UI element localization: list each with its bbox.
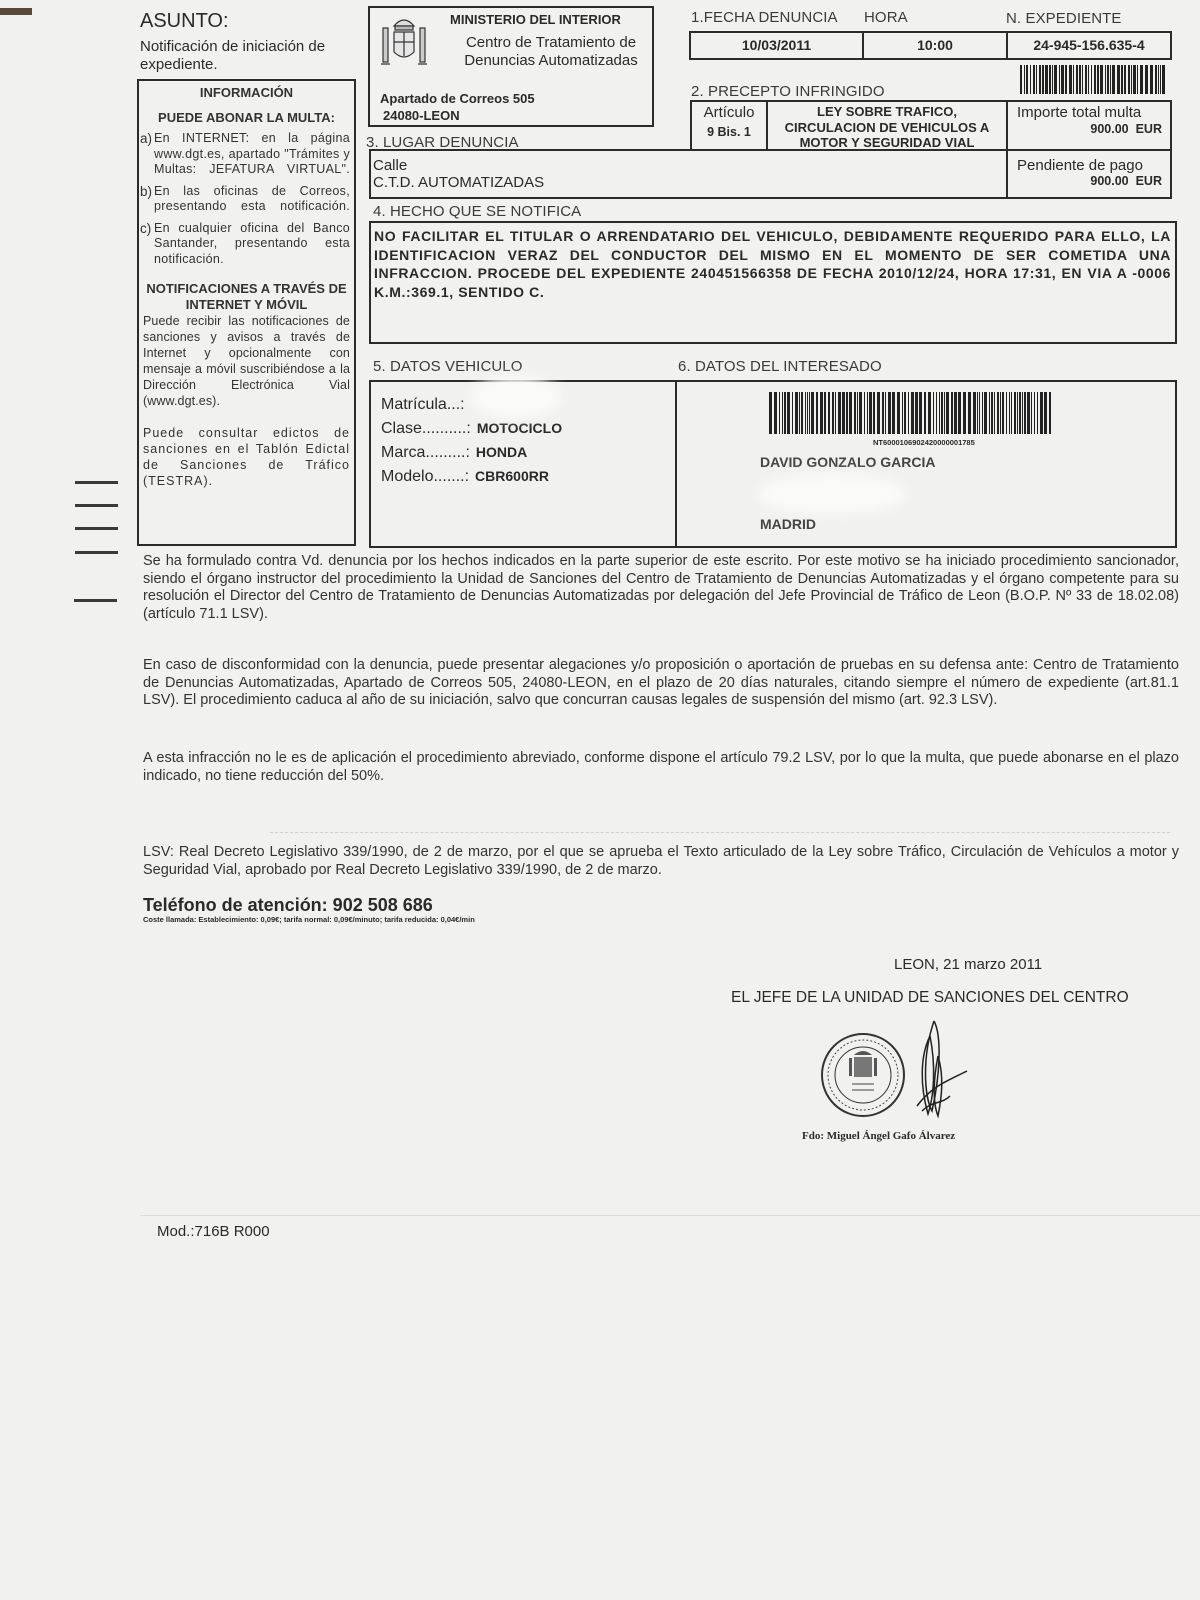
place-date: LEON, 21 marzo 2011	[894, 956, 1042, 973]
currency: EUR	[1136, 122, 1162, 136]
vehiculo-box: Matrícula...: Clase..........:MOTOCICLO …	[369, 380, 677, 548]
margin-tick	[75, 527, 118, 530]
barcode-text: NT6000106902420000001785	[873, 438, 975, 447]
hecho-label: 4. HECHO QUE SE NOTIFICA	[373, 203, 581, 220]
ministry-subtitle: Centro de Tratamiento de Denuncias Autom…	[456, 34, 646, 70]
matricula-label: Matrícula...:	[381, 396, 465, 413]
importe-label: Importe total multa	[1008, 104, 1170, 121]
pendiente-amount: 900.00 EUR	[1008, 174, 1170, 188]
interesado-name: DAVID GONZALO GARCIA	[760, 454, 936, 470]
margin-tick	[74, 599, 117, 602]
ministry-address: Apartado de Correos 505 24080-LEON	[380, 90, 535, 124]
payment-option: c) En cualquier oficina del Banco Santan…	[143, 221, 350, 268]
coste-llamada: Coste llamada: Establecimiento: 0,09€; t…	[143, 915, 475, 924]
fecha-label: 1.FECHA DENUNCIA	[691, 9, 838, 26]
pendiente-value: 900.00	[1090, 174, 1128, 188]
expediente-value: 24-945-156.635-4	[1006, 31, 1172, 60]
importe-value: 900.00	[1090, 122, 1128, 136]
margin-tick	[75, 551, 118, 554]
ministry-title: MINISTERIO DEL INTERIOR	[450, 12, 621, 27]
notifications-text: Puede recibir las notificaciones de sanc…	[143, 313, 350, 409]
info-subtitle: PUEDE ABONAR LA MULTA:	[143, 110, 350, 125]
precepto-label: 2. PRECEPTO INFRINGIDO	[691, 83, 885, 100]
asunto-text: Notificación de iniciación de expediente…	[140, 38, 350, 74]
articulo-cell: Artículo 9 Bis. 1	[690, 100, 768, 150]
hecho-box: NO FACILITAR EL TITULAR O ARRENDATARIO D…	[369, 221, 1177, 344]
marca-value: HONDA	[476, 444, 527, 460]
paragraph-alegaciones: En caso de disconformidad con la denunci…	[143, 657, 1179, 710]
info-panel: INFORMACIÓN PUEDE ABONAR LA MULTA: a) En…	[137, 79, 356, 546]
address-line: Apartado de Correos 505	[380, 90, 535, 107]
paragraph-reduccion: A esta infracción no le es de aplicación…	[143, 750, 1179, 785]
interesado-barcode	[769, 392, 1052, 434]
expediente-label: N. EXPEDIENTE	[1006, 10, 1122, 27]
modelo-row: Modelo.......:CBR600RR	[381, 468, 549, 486]
payment-option: b) En las oficinas de Correos, presentan…	[143, 184, 350, 215]
expediente-barcode	[1020, 65, 1167, 94]
paragraph-procedimiento: Se ha formulado contra Vd. denuncia por …	[143, 553, 1179, 623]
ley-cell: LEY SOBRE TRAFICO, CIRCULACION DE VEHICU…	[766, 100, 1008, 150]
telefono-atencion: Teléfono de atención: 902 508 686	[143, 895, 433, 916]
ministry-header: MINISTERIO DEL INTERIOR Centro de Tratam…	[368, 6, 654, 127]
paper-fold	[140, 1215, 1200, 1216]
form-model: Mod.:716B R000	[157, 1223, 270, 1240]
currency: EUR	[1136, 174, 1162, 188]
articulo-label: Artículo	[692, 104, 766, 121]
option-label: b)	[140, 184, 154, 215]
modelo-label: Modelo.......:	[381, 468, 469, 485]
clase-label: Clase..........:	[381, 420, 471, 437]
divider	[270, 832, 1170, 834]
marca-row: Marca.........:HONDA	[381, 444, 527, 462]
option-label: c)	[140, 221, 154, 268]
signer-role: EL JEFE DE LA UNIDAD DE SANCIONES DEL CE…	[731, 989, 1129, 1007]
payment-option: a) En INTERNET: en la página www.dgt.es,…	[143, 131, 350, 178]
paragraph-lsv: LSV: Real Decreto Legislativo 339/1990, …	[143, 844, 1179, 879]
importe-amount: 900.00 EUR	[1008, 122, 1170, 136]
signed-by: Fdo: Miguel Ángel Gafo Álvarez	[802, 1130, 955, 1142]
spain-coat-of-arms-icon	[380, 14, 428, 76]
modelo-value: CBR600RR	[475, 468, 549, 484]
interesado-city: MADRID	[760, 516, 816, 532]
pendiente-cell: Pendiente de pago 900.00 EUR	[1006, 149, 1172, 199]
option-label: a)	[140, 131, 154, 178]
clase-row: Clase..........:MOTOCICLO	[381, 420, 562, 438]
asunto-title: ASUNTO:	[140, 10, 229, 33]
notifications-title: NOTIFICACIONES A TRAVÉS DE INTERNET Y MÓ…	[143, 281, 350, 313]
lugar-line2: C.T.D. AUTOMATIZADAS	[371, 174, 1006, 191]
articulo-value: 9 Bis. 1	[692, 125, 766, 139]
margin-tick	[75, 504, 118, 507]
lugar-box: Calle C.T.D. AUTOMATIZADAS	[369, 149, 1008, 199]
hecho-text: NO FACILITAR EL TITULAR O ARRENDATARIO D…	[374, 227, 1171, 301]
interesado-box: NT6000106902420000001785 DAVID GONZALO G…	[675, 380, 1177, 548]
margin-tick	[75, 481, 118, 484]
vehiculo-label: 5. DATOS VEHICULO	[373, 358, 523, 375]
edictos-text: Puede consultar edictos de sanciones en …	[143, 425, 350, 489]
clase-value: MOTOCICLO	[477, 420, 562, 436]
option-text: En INTERNET: en la página www.dgt.es, ap…	[154, 131, 350, 178]
matricula-row: Matrícula...:	[381, 396, 471, 414]
importe-cell: Importe total multa 900.00 EUR	[1006, 100, 1172, 151]
option-text: En las oficinas de Correos, presentando …	[154, 184, 350, 215]
interesado-label: 6. DATOS DEL INTERESADO	[678, 358, 882, 375]
redaction-blur	[757, 474, 907, 514]
corner-mark	[0, 8, 32, 15]
fecha-value: 10/03/2011	[689, 31, 864, 60]
address-line: 24080-LEON	[380, 107, 535, 124]
marca-label: Marca.........:	[381, 444, 470, 461]
option-text: En cualquier oficina del Banco Santander…	[154, 221, 350, 268]
redaction-blur	[471, 376, 561, 418]
hora-label: HORA	[864, 9, 908, 26]
hora-value: 10:00	[862, 31, 1008, 60]
official-stamp-icon	[818, 1030, 908, 1120]
lugar-line1: Calle	[371, 157, 1006, 174]
info-title: INFORMACIÓN	[143, 85, 350, 100]
handwritten-signature-icon	[912, 1016, 972, 1126]
ley-text: LEY SOBRE TRAFICO, CIRCULACION DE VEHICU…	[768, 102, 1006, 151]
pendiente-label: Pendiente de pago	[1008, 157, 1170, 174]
